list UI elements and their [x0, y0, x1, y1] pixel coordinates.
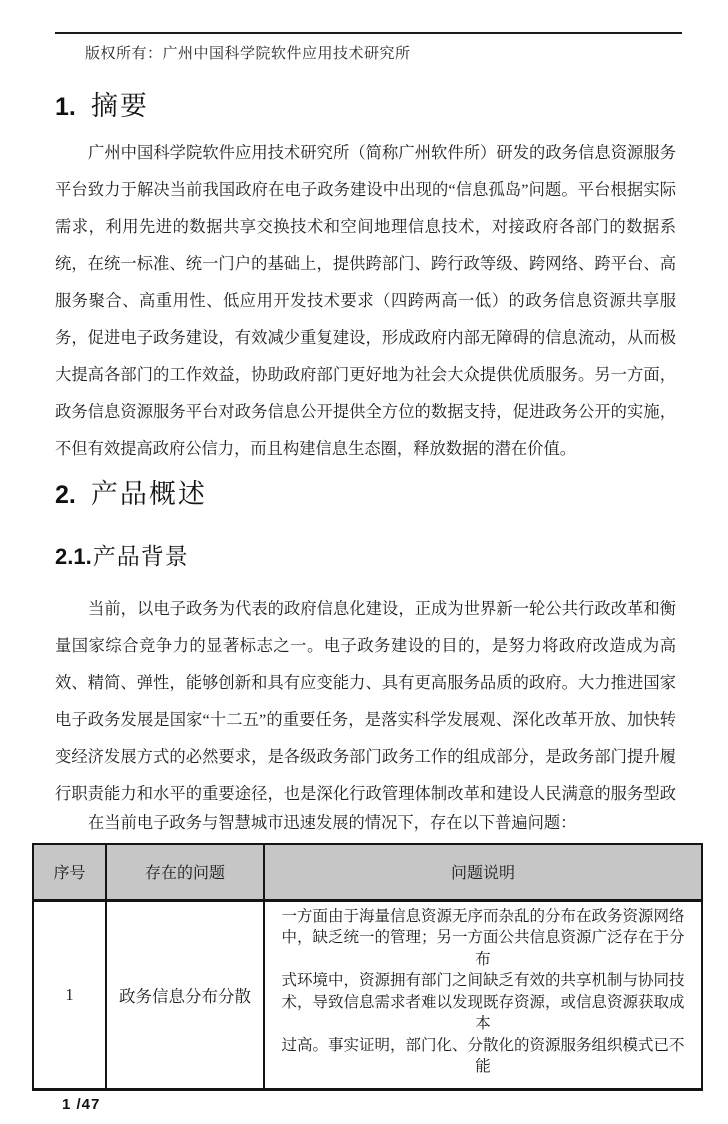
heading-product-overview-title: 产品概述	[91, 472, 207, 511]
column-header-problem: 存在的问题	[106, 844, 264, 900]
column-header-number: 序号	[33, 844, 106, 900]
table-row: 1 政务信息分布分散 一方面由于海量信息资源无序而杂乱的分布在政务资源网络 中，…	[33, 900, 702, 1089]
problems-intro-paragraph: 在当前电子政务与智慧城市迅速发展的情况下，存在以下普遍问题：	[55, 808, 676, 838]
heading-abstract-number: 1.	[55, 93, 76, 122]
heading-product-overview: 2. 产品概述	[55, 472, 207, 511]
document-page: 版权所有：广州中国科学院软件应用技术研究所 1. 摘要 广州中国科学院软件应用技…	[0, 0, 728, 1124]
description-line: 过高。事实证明，部门化、分散化的资源服务组织模式已不	[273, 1035, 693, 1057]
heading-product-background-title: 产品背景	[93, 538, 189, 571]
problems-table: 序号 存在的问题 问题说明 1 政务信息分布分散 一方面由于海量信息资源无序而杂…	[32, 843, 703, 1091]
copyright-text: 版权所有：广州中国科学院软件应用技术研究所	[85, 42, 411, 63]
heading-abstract: 1. 摘要	[55, 84, 149, 123]
problems-table-header-row: 序号 存在的问题 问题说明	[33, 844, 702, 900]
row-description-cell: 一方面由于海量信息资源无序而杂乱的分布在政务资源网络 中，缺乏统一的管理；另一方…	[264, 900, 702, 1089]
row-problem-cell: 政务信息分布分散	[106, 900, 264, 1089]
heading-abstract-title: 摘要	[91, 84, 149, 123]
background-paragraph: 当前，以电子政务为代表的政府信息化建设，正成为世界新一轮公共行政改革和衡量国家综…	[55, 590, 676, 814]
description-line: 布	[273, 949, 693, 971]
description-line: 式环境中，资源拥有部门之间缺乏有效的共享机制与协同技	[273, 970, 693, 992]
header-divider	[55, 32, 682, 34]
heading-product-background: 2.1. 产品背景	[55, 538, 189, 571]
description-line: 本	[273, 1013, 693, 1035]
row-number-cell: 1	[33, 900, 106, 1089]
description-line: 能	[273, 1056, 693, 1078]
heading-product-background-number: 2.1.	[55, 544, 92, 570]
description-line: 中，缺乏统一的管理；另一方面公共信息资源广泛存在于分	[273, 927, 693, 949]
description-line: 一方面由于海量信息资源无序而杂乱的分布在政务资源网络	[273, 906, 693, 928]
column-header-description: 问题说明	[264, 844, 702, 900]
description-line: 术，导致信息需求者难以发现既存资源，或信息资源获取成	[273, 992, 693, 1014]
abstract-paragraph: 广州中国科学院软件应用技术研究所（简称广州软件所）研发的政务信息资源服务平台致力…	[55, 134, 676, 467]
heading-product-overview-number: 2.	[55, 481, 76, 510]
page-number: 1 /47	[62, 1096, 100, 1113]
